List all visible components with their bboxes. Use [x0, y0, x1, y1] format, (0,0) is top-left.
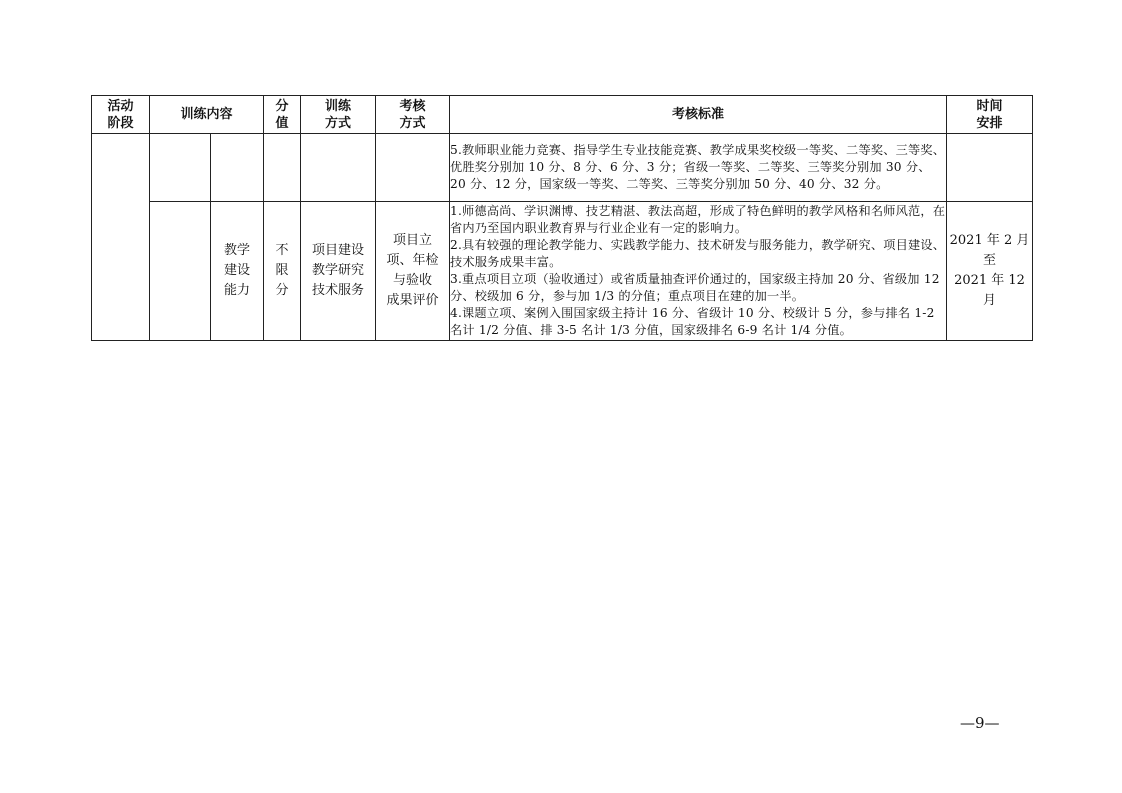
cell-train-method: [301, 134, 376, 202]
cell-train-method: 项目建设教学研究技术服务: [301, 202, 376, 341]
table-row: 5.教师职业能力竞赛、指导学生专业技能竞赛、教学成果奖校级一等奖、二等奖、三等奖…: [92, 134, 1033, 202]
cell-score: 不限分: [264, 202, 301, 341]
header-score: 分值: [264, 96, 301, 134]
table-row: 教学建设能力 不限分 项目建设教学研究技术服务 项目立项、年检与验收成果评价 1…: [92, 202, 1033, 341]
cell-content-b: [211, 134, 264, 202]
cell-content-a: [150, 134, 211, 202]
cell-assess-method: [376, 134, 450, 202]
cell-schedule: 2021 年 2 月至2021 年 12 月: [947, 202, 1033, 341]
header-train-method: 训练方式: [301, 96, 376, 134]
page-number: —9—: [960, 714, 1000, 732]
table-header-row: 活动阶段 训练内容 分值 训练方式 考核方式 考核标准 时间安排: [92, 96, 1033, 134]
cell-content-b: 教学建设能力: [211, 202, 264, 341]
header-schedule: 时间安排: [947, 96, 1033, 134]
cell-standard: 1.师德高尚、学识渊博、技艺精湛、教法高超，形成了特色鲜明的教学风格和名师风范，…: [450, 202, 947, 341]
header-stage: 活动阶段: [92, 96, 150, 134]
header-standard: 考核标准: [450, 96, 947, 134]
document-page: 活动阶段 训练内容 分值 训练方式 考核方式 考核标准 时间安排 5.教师职业能…: [0, 0, 1122, 793]
assessment-table: 活动阶段 训练内容 分值 训练方式 考核方式 考核标准 时间安排 5.教师职业能…: [91, 95, 1033, 341]
header-content: 训练内容: [150, 96, 264, 134]
header-assess-method: 考核方式: [376, 96, 450, 134]
cell-assess-method: 项目立项、年检与验收成果评价: [376, 202, 450, 341]
cell-standard: 5.教师职业能力竞赛、指导学生专业技能竞赛、教学成果奖校级一等奖、二等奖、三等奖…: [450, 134, 947, 202]
cell-stage: [92, 134, 150, 341]
cell-schedule: [947, 134, 1033, 202]
cell-score: [264, 134, 301, 202]
cell-content-a: [150, 202, 211, 341]
